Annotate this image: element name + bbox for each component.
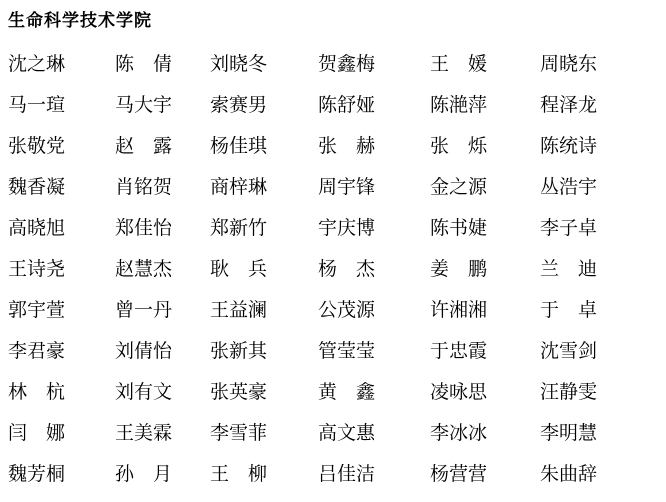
name-cell: 魏芳桐 [8, 465, 115, 485]
name-cell: 刘有文 [115, 383, 210, 403]
name-cell: 王 媛 [430, 55, 540, 75]
name-cell: 王诗尧 [8, 260, 115, 280]
name-cell: 张英豪 [210, 383, 318, 403]
name-cell: 沈之琳 [8, 55, 115, 75]
name-cell: 林 杭 [8, 383, 115, 403]
name-cell: 肖铭贺 [115, 178, 210, 198]
name-cell: 耿 兵 [210, 260, 318, 280]
name-cell: 张 烁 [430, 137, 540, 157]
name-cell: 杨佳琪 [210, 137, 318, 157]
page-title: 生命科学技术学院 [8, 10, 658, 32]
name-cell: 高晓旭 [8, 219, 115, 239]
name-cell: 陈滟萍 [430, 96, 540, 116]
name-cell: 李冰冰 [430, 424, 540, 444]
name-cell: 商梓琳 [210, 178, 318, 198]
name-cell: 程泽龙 [540, 96, 658, 116]
name-cell: 周宇锋 [318, 178, 430, 198]
name-cell: 吕佳洁 [318, 465, 430, 485]
name-cell: 李雪菲 [210, 424, 318, 444]
name-cell: 李明慧 [540, 424, 658, 444]
name-cell: 闫 娜 [8, 424, 115, 444]
name-cell: 周晓东 [540, 55, 658, 75]
name-cell: 李子卓 [540, 219, 658, 239]
name-cell: 兰 迪 [540, 260, 658, 280]
name-cell: 宇庆博 [318, 219, 430, 239]
name-cell: 郭宇萱 [8, 301, 115, 321]
name-cell: 管莹莹 [318, 342, 430, 362]
name-cell: 张 赫 [318, 137, 430, 157]
name-cell: 许湘湘 [430, 301, 540, 321]
name-cell: 刘倩怡 [115, 342, 210, 362]
document-page: 生命科学技术学院 沈之琳陈 倩刘晓冬贺鑫梅王 媛周晓东马一瑄马大宇索赛男陈舒娅陈… [0, 0, 666, 502]
name-cell: 于忠霞 [430, 342, 540, 362]
name-cell: 金之源 [430, 178, 540, 198]
name-cell: 郑佳怡 [115, 219, 210, 239]
name-cell: 王益澜 [210, 301, 318, 321]
name-cell: 汪静雯 [540, 383, 658, 403]
name-cell: 公茂源 [318, 301, 430, 321]
name-cell: 丛浩宇 [540, 178, 658, 198]
name-cell: 魏香凝 [8, 178, 115, 198]
name-cell: 郑新竹 [210, 219, 318, 239]
name-cell: 马大宇 [115, 96, 210, 116]
name-cell: 黄 鑫 [318, 383, 430, 403]
name-cell: 孙 月 [115, 465, 210, 485]
name-cell: 马一瑄 [8, 96, 115, 116]
name-cell: 杨 杰 [318, 260, 430, 280]
name-cell: 李君豪 [8, 342, 115, 362]
name-cell: 于 卓 [540, 301, 658, 321]
name-cell: 朱曲辞 [540, 465, 658, 485]
name-cell: 曾一丹 [115, 301, 210, 321]
name-cell: 索赛男 [210, 96, 318, 116]
name-cell: 沈雪剑 [540, 342, 658, 362]
name-cell: 王美霖 [115, 424, 210, 444]
name-cell: 张敬党 [8, 137, 115, 157]
name-cell: 陈舒娅 [318, 96, 430, 116]
name-cell: 王 柳 [210, 465, 318, 485]
name-cell: 贺鑫梅 [318, 55, 430, 75]
name-cell: 高文惠 [318, 424, 430, 444]
names-grid: 沈之琳陈 倩刘晓冬贺鑫梅王 媛周晓东马一瑄马大宇索赛男陈舒娅陈滟萍程泽龙张敬党赵… [8, 55, 658, 485]
name-cell: 张新其 [210, 342, 318, 362]
name-cell: 陈书婕 [430, 219, 540, 239]
name-cell: 赵慧杰 [115, 260, 210, 280]
name-cell: 陈 倩 [115, 55, 210, 75]
name-cell: 凌咏思 [430, 383, 540, 403]
name-cell: 姜 鹏 [430, 260, 540, 280]
name-cell: 陈统诗 [540, 137, 658, 157]
name-cell: 杨营营 [430, 465, 540, 485]
name-cell: 赵 露 [115, 137, 210, 157]
name-cell: 刘晓冬 [210, 55, 318, 75]
